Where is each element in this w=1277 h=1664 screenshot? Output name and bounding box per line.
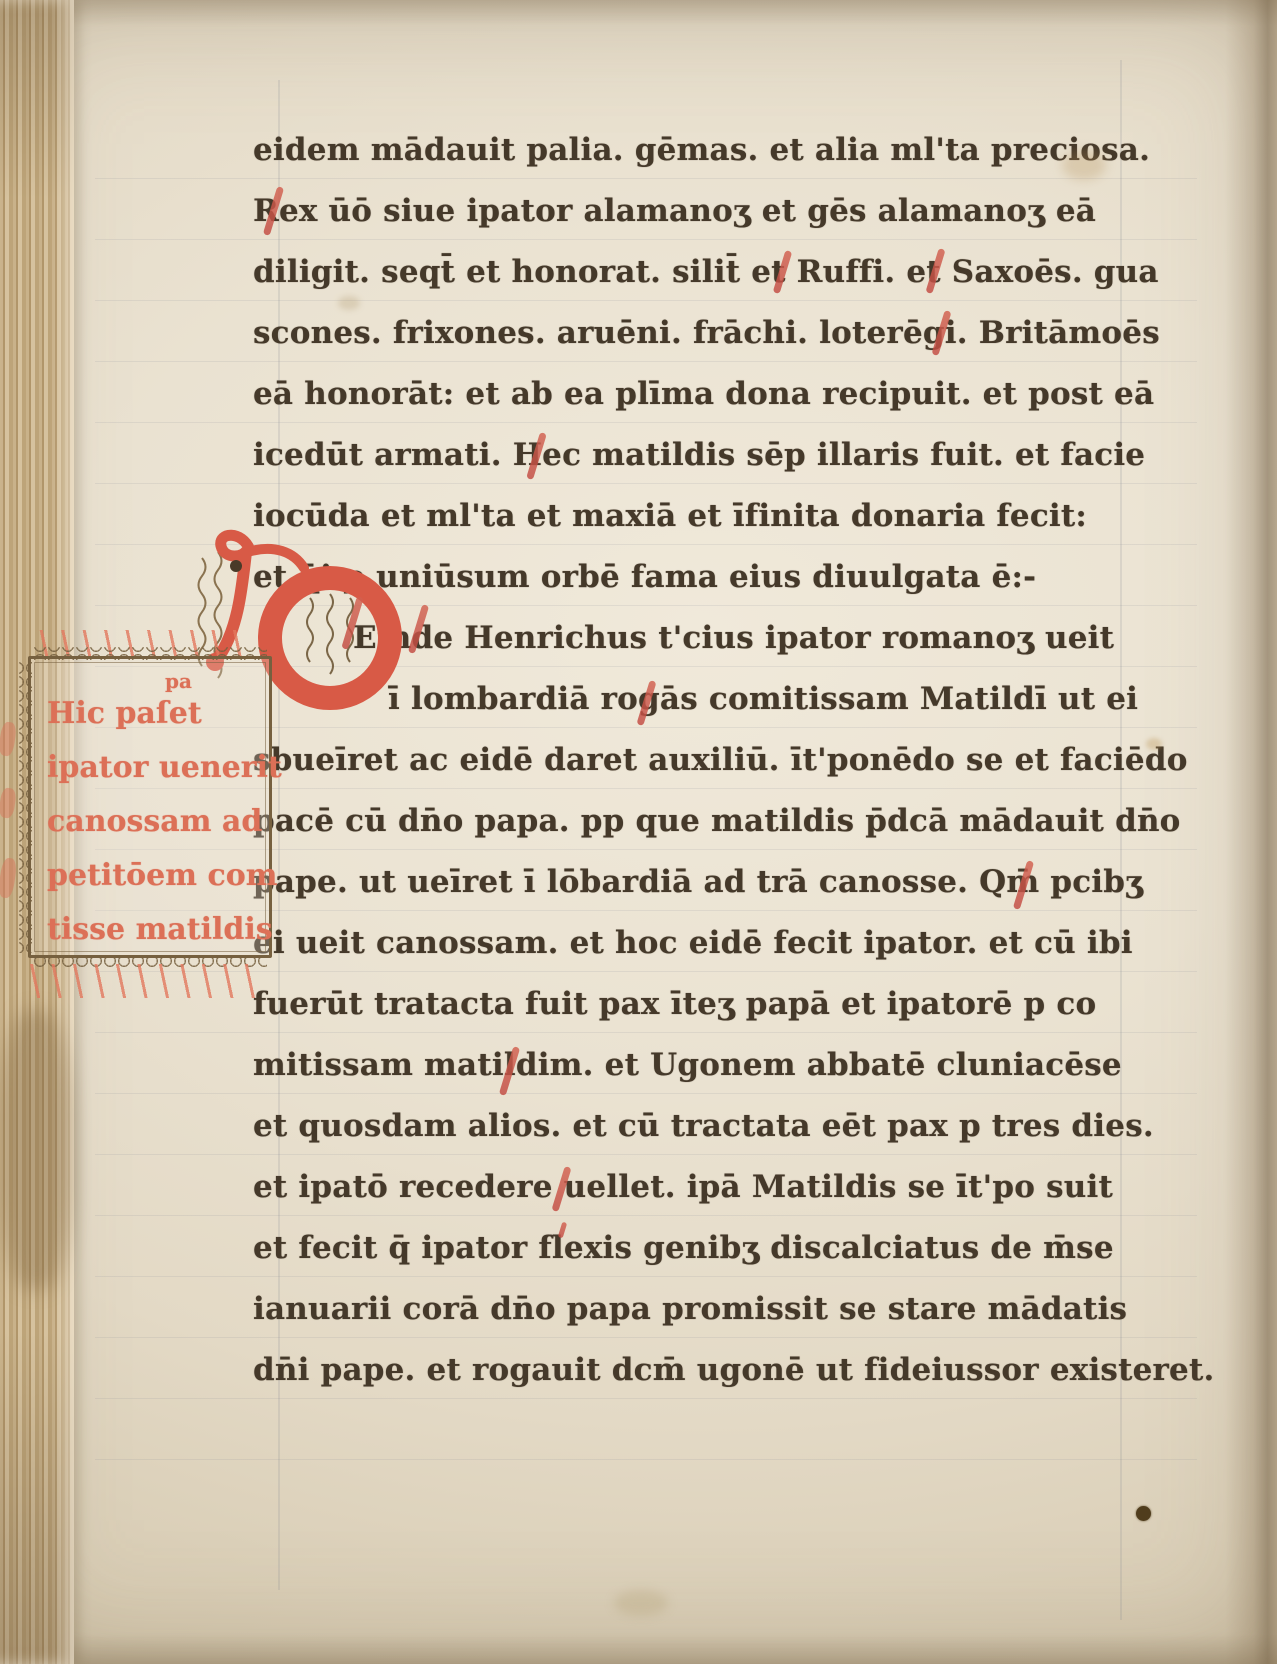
- text-line: fuerūt tratacta fuit pax īteʒ papā et ip…: [253, 974, 1158, 1035]
- text-line: et quosdam alios. et cū tractata eēt pax…: [253, 1096, 1158, 1157]
- scallop-border-top: [33, 647, 267, 660]
- margin-note-superscript: pa: [165, 671, 192, 691]
- text-line: diligit. seqt̄ et honorat. silit̄ et Ruf…: [253, 242, 1158, 303]
- margin-note-line-text: Hic paſet: [47, 696, 202, 731]
- text-line: eā honorāt: et ab ea plīma dona recipuit…: [253, 364, 1158, 425]
- text-line: et fecit q̄ ipator flexis genibʒ discalc…: [253, 1218, 1158, 1279]
- margin-note-line: tisse matildis: [47, 903, 263, 957]
- text-line: pacē cū dn̄o papa. pp que matildis p̄dcā…: [253, 791, 1158, 852]
- binding-stain: [0, 1010, 72, 1290]
- text-line: sbueīret ac eidē daret auxiliū. īt'ponēd…: [253, 730, 1158, 791]
- text-line: ei ueit canossam. et hoc eidē fecit ipat…: [253, 913, 1158, 974]
- page-edge-shadow-top: [74, 0, 1277, 26]
- text-line: et ipatō recedere uellet. ipā Matildis s…: [253, 1157, 1158, 1218]
- text-line: scones. frixones. aruēni. frāchi. loterē…: [253, 303, 1158, 364]
- red-penwork-flourish-bottom: [28, 964, 264, 998]
- wormhole-dot: [1136, 1506, 1151, 1521]
- parchment-stain: [1062, 150, 1106, 180]
- margin-note-line: canossam ad: [47, 795, 263, 849]
- text-line: icedūt armati. Hec matildis sēp illaris …: [253, 425, 1158, 486]
- margin-note-line: ipator uenerit: [47, 741, 263, 795]
- manuscript-page-photo: eidem mādauit palia. gēmas. et alia ml't…: [0, 0, 1277, 1664]
- scallop-border-left: [19, 661, 32, 953]
- margin-note-text: Hic paſet pa ipator uenerit canossam ad …: [47, 687, 263, 957]
- text-line: Rex ūō siue ipator alamanoʒ et gēs alama…: [253, 181, 1158, 242]
- parchment-stain: [338, 296, 360, 310]
- text-line: mitissam matildim. et Ugonem abbatē clun…: [253, 1035, 1158, 1096]
- main-text-block: eidem mādauit palia. gēmas. et alia ml't…: [253, 120, 1158, 1401]
- text-line: eidem mādauit palia. gēmas. et alia ml't…: [253, 120, 1158, 181]
- margin-note-box: Hic paſet pa ipator uenerit canossam ad …: [28, 656, 272, 958]
- parchment-stain: [1146, 738, 1162, 750]
- page-crease-shadow: [1225, 0, 1277, 1664]
- text-line: ianuarii corā dn̄o papa promissit se sta…: [253, 1279, 1158, 1340]
- margin-note-line: petitōem com: [47, 849, 263, 903]
- page-edge-shadow-bottom: [74, 1634, 1277, 1664]
- text-line: dn̄i pape. et rogauit dcm̄ ugonē ut fide…: [253, 1340, 1158, 1401]
- parchment-stain: [614, 1590, 668, 1616]
- margin-note-line: Hic paſet pa: [47, 687, 263, 741]
